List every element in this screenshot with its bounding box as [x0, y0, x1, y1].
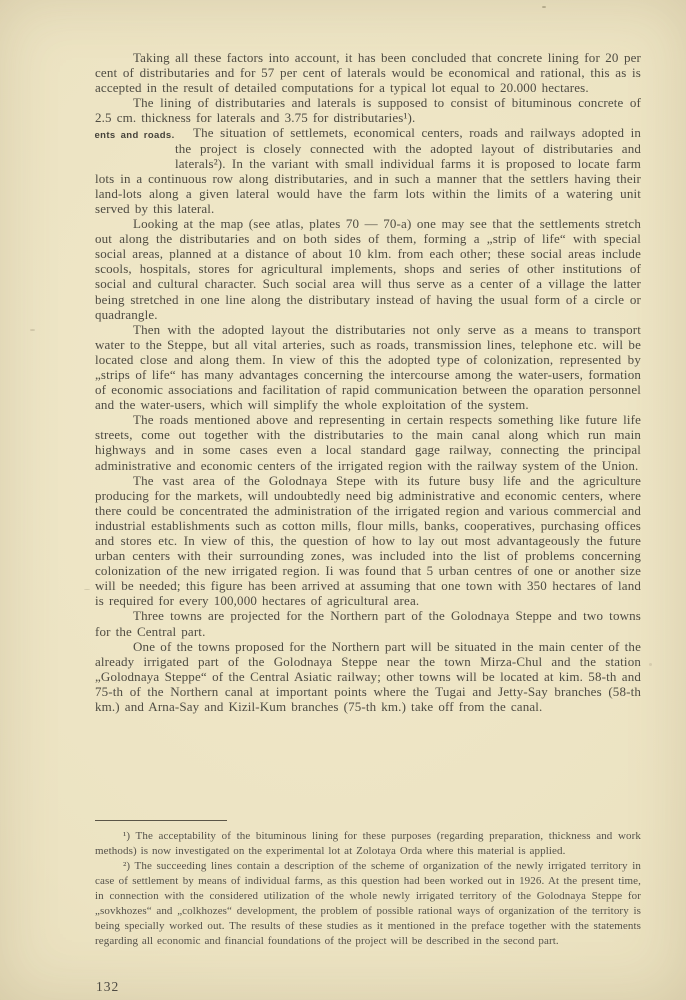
body-paragraph: Then with the adopted layout the distrib…	[95, 322, 641, 413]
margin-note-settlements-and-roads: Settlements and roads.	[95, 125, 175, 158]
page-number: 132	[96, 979, 119, 995]
scan-speck	[542, 6, 546, 8]
scan-speck	[84, 589, 90, 590]
body-paragraph-text: The situation of settlemets, economical …	[95, 125, 641, 215]
scan-speck	[30, 329, 35, 331]
scan-speck	[649, 663, 652, 666]
body-paragraph: Looking at the map (see atlas, plates 70…	[95, 216, 641, 322]
footnote-separator-rule	[95, 820, 227, 821]
page-body: Taking all these factors into account, i…	[95, 50, 641, 714]
body-paragraph: The vast area of the Golodnaya Stepe wit…	[95, 473, 641, 609]
body-paragraph: The lining of distributaries and lateral…	[95, 95, 641, 125]
body-paragraph: One of the towns proposed for the Northe…	[95, 639, 641, 714]
scanned-book-page: Taking all these factors into account, i…	[0, 0, 686, 1000]
body-paragraph: Three towns are projected for the Northe…	[95, 608, 641, 638]
body-paragraph: Taking all these factors into account, i…	[95, 50, 641, 95]
footnote-2: ²) The succeeding lines contain a descri…	[95, 859, 641, 949]
body-paragraph: The roads mentioned above and representi…	[95, 412, 641, 472]
footnote-1: ¹) The acceptability of the bituminous l…	[95, 829, 641, 859]
body-paragraph-with-margin-note: Settlements and roads.The situation of s…	[95, 125, 641, 216]
footnotes-section: ¹) The acceptability of the bituminous l…	[95, 820, 641, 949]
